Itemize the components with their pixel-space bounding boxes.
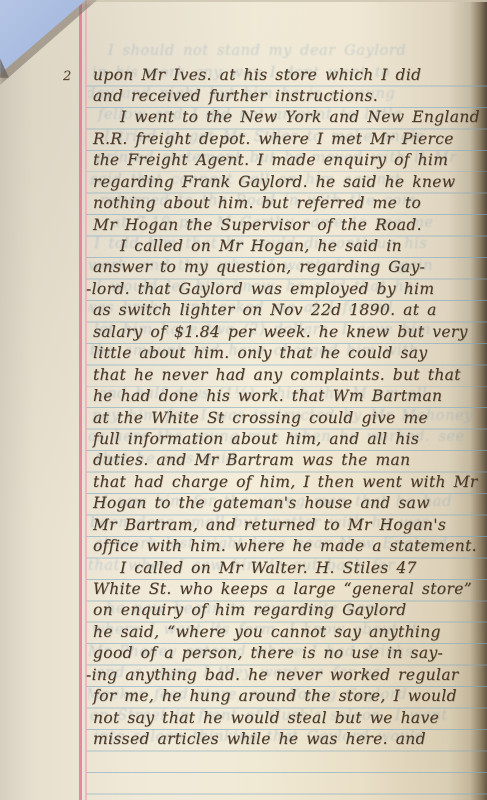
handwritten-line: I went to the New York and New England	[120, 107, 483, 128]
handwritten-line: full information about him, and all his	[93, 429, 483, 450]
handwritten-line: I called on Mr Walter. H. Stiles 47	[120, 558, 483, 579]
handwritten-line: Mr Bartram, and returned to Mr Hogan's	[93, 515, 483, 536]
handwritten-line: White St. who keeps a large “general sto…	[93, 579, 483, 600]
bleed-through-text: I should not stand my dear Gaylord	[108, 43, 406, 59]
handwritten-line: nothing about him. but referred me to	[93, 193, 483, 214]
handwritten-line: he said, “where you cannot say anything	[93, 622, 483, 643]
handwritten-line: good of a person, there is no use in say…	[93, 643, 483, 664]
handwritten-line: regarding Frank Gaylord. he said he knew	[93, 172, 483, 193]
margin-line	[79, 0, 82, 800]
handwriting-block: upon Mr Ives. at his store which I didan…	[93, 65, 483, 751]
handwritten-line: as switch lighter on Nov 22d 1890. at a	[93, 300, 483, 321]
handwritten-line: not say that he would steal but we have	[93, 708, 483, 729]
handwritten-line: and received further instructions.	[93, 86, 483, 107]
handwritten-line: the Freight Agent. I made enquiry of him	[93, 150, 483, 171]
handwritten-line: that he never had any complaints. but th…	[93, 365, 483, 386]
handwritten-line: -ing anything bad. he never worked regul…	[86, 665, 483, 686]
handwritten-line: at the White St crossing could give me	[93, 408, 483, 429]
handwritten-line: missed articles while he was here. and	[93, 729, 483, 750]
handwritten-line: office with him. where he made a stateme…	[93, 536, 483, 557]
handwritten-line: Mr Hogan the Supervisor of the Road.	[93, 215, 483, 236]
handwritten-line: I called on Mr Hogan, he said in	[120, 236, 483, 257]
handwritten-line: for me, he hung around the store, I woul…	[93, 686, 483, 707]
handwritten-line: duties. and Mr Bartram was the man	[93, 450, 483, 471]
handwritten-line: on enquiry of him regarding Gaylord	[93, 600, 483, 621]
page-number: 2	[63, 69, 71, 84]
handwritten-line: upon Mr Ives. at his store which I did	[93, 65, 483, 86]
handwritten-line: that had charge of him, I then went with…	[93, 472, 483, 493]
handwritten-line: Hogan to the gateman's house and saw	[93, 493, 483, 514]
handwritten-line: he had done his work. that Wm Bartman	[93, 386, 483, 407]
journal-page: I should not stand my dear Gaylordin his…	[0, 0, 487, 800]
handwritten-line: R.R. freight depot. where I met Mr Pierc…	[93, 129, 483, 150]
handwritten-line: -lord. that Gaylord was employed by him	[86, 279, 483, 300]
handwritten-line: little about him. only that he could say	[93, 343, 483, 364]
handwritten-line: salary of $1.84 per week. he knew but ve…	[93, 322, 483, 343]
handwritten-line: answer to my question, regarding Gay-	[93, 257, 483, 278]
